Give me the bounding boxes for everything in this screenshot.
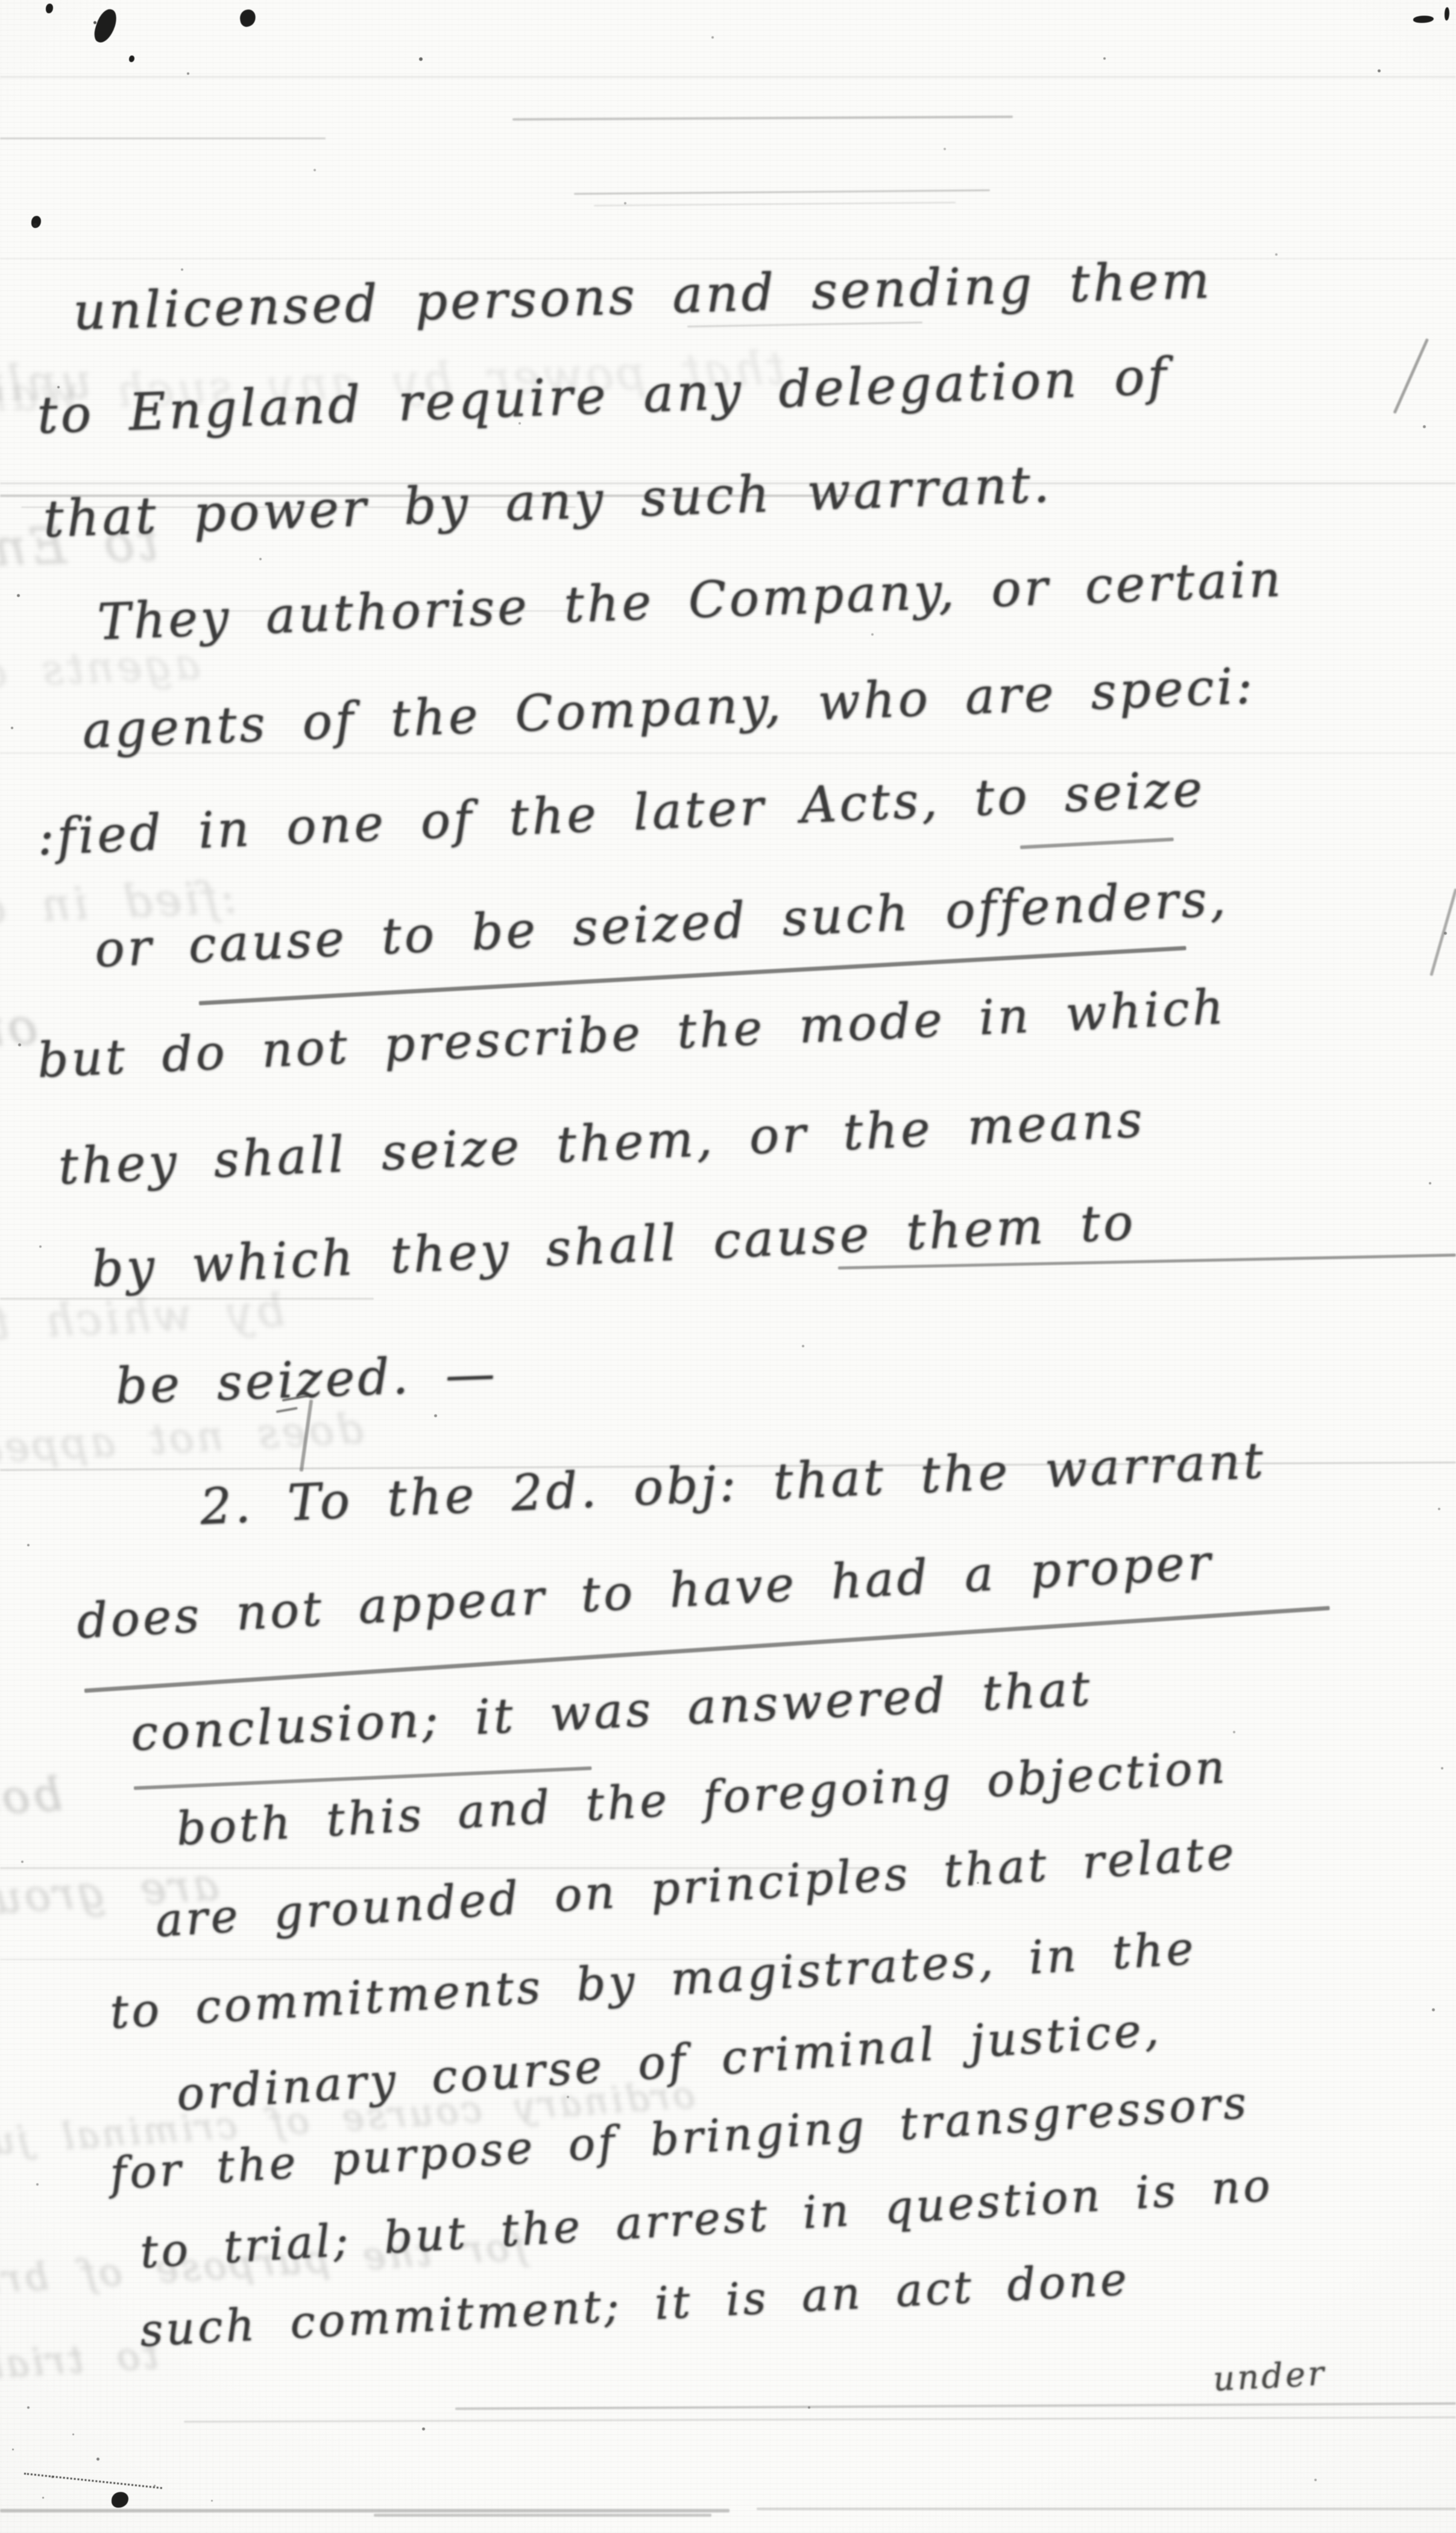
- paper-speck: [977, 1882, 979, 1884]
- paper-speck: [1441, 1767, 1443, 1769]
- paper-speck: [518, 422, 521, 425]
- scan-streak: [0, 753, 1456, 754]
- scan-streak: [21, 507, 576, 508]
- ink-blot: [1413, 16, 1434, 23]
- paper-speck: [93, 21, 96, 24]
- text-line: agents of the Company, who are speci:: [81, 657, 1256, 760]
- paper-speck: [259, 558, 262, 560]
- scan-streak: [512, 116, 1013, 121]
- paper-speck: [711, 36, 714, 39]
- paper-speck: [18, 1043, 21, 1046]
- paper-speck: [57, 386, 60, 388]
- paper-speck: [434, 1414, 437, 1417]
- scan-streak: [594, 202, 956, 206]
- paper-speck: [181, 268, 183, 271]
- bleedthrough-line: to trial; but the arrest in question is …: [0, 2333, 159, 2437]
- text-line: conclusion; it was answered that: [130, 1660, 1094, 1762]
- paper-speck: [871, 633, 874, 636]
- paper-speck: [27, 2406, 30, 2409]
- text-line: be seized. —: [115, 1345, 499, 1415]
- text-line: does not appear to have had a proper: [75, 1534, 1215, 1649]
- paper-speck: [154, 2485, 156, 2487]
- text-line: or cause to be seized such offenders,: [93, 870, 1229, 979]
- text-line: by which they shall cause them to: [90, 1194, 1137, 1298]
- text-line: they shall seize them, or the means: [57, 1091, 1146, 1196]
- paper-speck: [1275, 253, 1278, 256]
- paper-speck: [1432, 2008, 1435, 2011]
- ink-blot: [239, 8, 257, 28]
- scan-streak: [1393, 338, 1429, 414]
- scan-streak: [0, 1298, 374, 1300]
- scan-streak: [0, 258, 1456, 259]
- text-line: that power by any such warrant.: [42, 455, 1053, 549]
- scan-streak: [1020, 838, 1174, 849]
- bleedthrough-line: both this and the foregoing objection: [0, 1767, 63, 1883]
- paper-speck: [1438, 1508, 1440, 1510]
- paper-speck: [39, 1245, 42, 1248]
- paper-speck: [21, 1861, 24, 1863]
- paper-speck: [51, 2476, 54, 2478]
- paper-speck: [17, 594, 20, 597]
- paper-speck: [1444, 932, 1447, 935]
- paper-speck: [1314, 2479, 1317, 2481]
- paper-speck: [33, 223, 37, 227]
- scan-streak: [184, 2417, 1456, 2423]
- paper-speck: [27, 1544, 30, 1546]
- ink-blot: [92, 7, 119, 45]
- paper-speck: [419, 57, 423, 61]
- paper-speck: [422, 2427, 425, 2430]
- scan-streak: [455, 2402, 1456, 2410]
- scan-streak: [0, 76, 1456, 78]
- scan-streak: [574, 189, 990, 195]
- paper-speck: [1233, 1731, 1235, 1733]
- paper-speck: [187, 72, 189, 75]
- paper-speck: [12, 2449, 14, 2450]
- paper-speck: [96, 2458, 99, 2461]
- paper-speck: [72, 2433, 74, 2435]
- paper-speck: [1103, 57, 1106, 60]
- text-line: but do not prescribe the mode in which: [36, 978, 1228, 1088]
- text-line: They authorise the Company, or certain: [96, 551, 1285, 651]
- catchword: under: [1212, 2354, 1327, 2399]
- ink-blot: [46, 4, 53, 13]
- scan-streak: [0, 2509, 730, 2512]
- scan-streak: [0, 1959, 916, 1960]
- text-line: unlicensed persons and sending them: [72, 250, 1213, 341]
- text-line: :fied in one of the later Acts, to seize: [36, 761, 1206, 867]
- paper-speck: [624, 202, 626, 204]
- scan-streak: [0, 495, 856, 497]
- scan-streak: [142, 610, 570, 612]
- paper-speck: [1423, 425, 1426, 428]
- ink-blot: [112, 2492, 128, 2508]
- bleedthrough-line: or cause to be seized such offenders,: [0, 998, 39, 1107]
- scan-streak: [374, 2514, 711, 2517]
- scan-streak: [1429, 888, 1456, 976]
- paper-speck: [42, 2497, 44, 2499]
- dotted-mark: [24, 2473, 162, 2489]
- scan-streak: [0, 482, 1456, 484]
- scan-streak: [0, 1867, 880, 1869]
- paper-speck: [314, 169, 316, 171]
- paper-speck: [944, 148, 946, 150]
- paper-speck: [567, 2096, 569, 2098]
- paper-speck: [1429, 1182, 1431, 1184]
- manuscript-page: unlicensed persons and sending themthat …: [0, 0, 1456, 2533]
- paper-speck: [808, 2406, 810, 2409]
- paper-speck: [211, 2500, 213, 2502]
- paper-speck: [1378, 69, 1381, 72]
- paper-speck: [11, 727, 13, 729]
- paper-speck: [36, 2183, 39, 2186]
- scan-streak: [0, 138, 326, 139]
- ink-blot: [129, 55, 134, 62]
- ink-blot: [1445, 7, 1449, 21]
- scan-streak: [757, 2508, 1456, 2510]
- paper-speck: [802, 1345, 804, 1347]
